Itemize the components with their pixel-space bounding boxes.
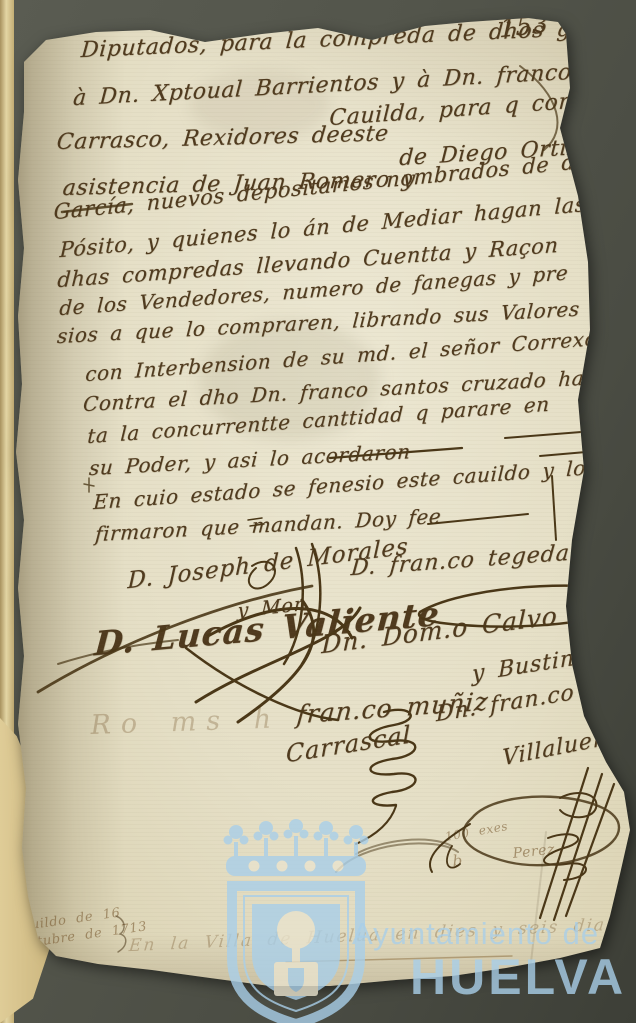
signature-francisco-tegeda: D. fran.co tegeda [350,541,571,582]
signature-joseph-de-morales: D. Joseph de Morales [127,533,409,594]
signature-francisco-muniz-suffix: Carrascal [286,720,411,768]
equals-mark [248,518,264,526]
gutter-stroke [38,586,312,692]
marginal-note-line2: octubre de 1713 [20,919,148,952]
pen-trial-b-loop [447,846,460,868]
watermark-city-text: HUELVA [410,948,626,1006]
pen-trial: b [452,851,463,870]
signature-francisco-gomez-suffix: Villaluenga [502,720,636,771]
manuscript-line: Pósito, y quienes lo án de Mediar hagan … [59,192,586,262]
manuscript-line: su Poder, y asi lo acordaron [88,439,411,480]
pencil-scribble: Ro ms h [90,703,282,741]
valiente-rubric [208,608,352,638]
manuscript-line: firmaron que mandan. Doy fee [94,504,442,546]
plus-mark [84,478,94,492]
manuscript-line: asistencia de Juan Romero y [62,167,417,201]
ink-showthrough [200,320,380,440]
scanned-manuscript-page: 153 Diputados, para la compreda de dhos … [0,0,636,1023]
valiente-rubric [196,608,360,702]
manuscript-line: Carrasco, Rexidores deeste [56,121,390,155]
crest-tree [277,911,315,949]
signature-lucas-valiente: D. Lucas Valiente [93,594,441,664]
folio-number: 153 [499,9,549,43]
ink-showthrough [190,70,330,140]
signature-calvo-de-lara-suffix: y Bustinza [472,642,601,688]
valiente-rubric [238,600,314,722]
tegeda-rubric-loop [419,586,636,627]
granos-flourish [520,66,558,150]
signature-francisco-gomez: Dn. fran.co Gomez [436,665,636,727]
manuscript-line: Contra el dho Dn. franco santos cruzado … [82,365,596,416]
watermark-org-text: Ayuntamiento de [352,916,599,952]
pen-trial-loop [560,793,596,817]
crown [224,819,369,876]
manuscript-line: con Interbension de su md. el señor Corr… [85,325,608,386]
manuscript-line: Diputados, para la compreda de dhos gran… [80,14,636,63]
quill-strokes [540,768,614,920]
pen-trial-loop [463,797,619,866]
acordaron-dash [330,448,462,458]
manuscript-line: à Dn. Xptoual Barrientos y à Dn. franco … [72,55,636,111]
morales-rubric [249,562,275,589]
carrascal-coil-rubric [370,710,416,806]
signature-francisco-muniz: fran.co muñiz [295,687,489,730]
pen-trial-tail [430,824,470,872]
manuscript-line: García, nuevos depositarios nombrados de… [53,146,614,224]
tegeda-rubric [552,476,556,540]
manuscript-line: ta la concurrentte canttidad q parare en [87,392,551,448]
signature-joseph-de-morales-suffix: y Mon [237,593,308,623]
gutter-stroke [58,640,178,664]
quill-coil [544,834,586,880]
pen-trial: 100 exes [444,819,509,844]
signature-calvo-de-lara: Dn. Dom.o Calvo de Lara [321,586,636,659]
filler-dash [505,428,631,438]
marginal-note-brace [116,916,126,952]
marginal-note-line1: uildo de 16 [30,905,121,932]
valiente-rubric [186,648,338,720]
filler-dash [540,448,632,456]
manuscript-line: En cuio estado se fenesio este cauildo y… [93,456,587,515]
manuscript-line: Cauilda, para q con [329,89,574,131]
lo-mark [598,443,618,481]
margin-dash [62,204,132,212]
manuscript-line: de los Vendedores, numero de fanegas y p… [59,260,569,320]
pen-trial: Perez [512,842,556,862]
manuscript-line: dhas compredas llevando Cuentta y Raçon [57,233,559,292]
manuscript-line: de Diego Ortiz [398,135,580,171]
doyfee-dash [428,514,528,524]
morales-rubric-strokes [284,544,320,664]
manuscript-line: sios a que lo compraren, librando sus Va… [56,297,580,349]
bustinza-coil [582,651,605,679]
